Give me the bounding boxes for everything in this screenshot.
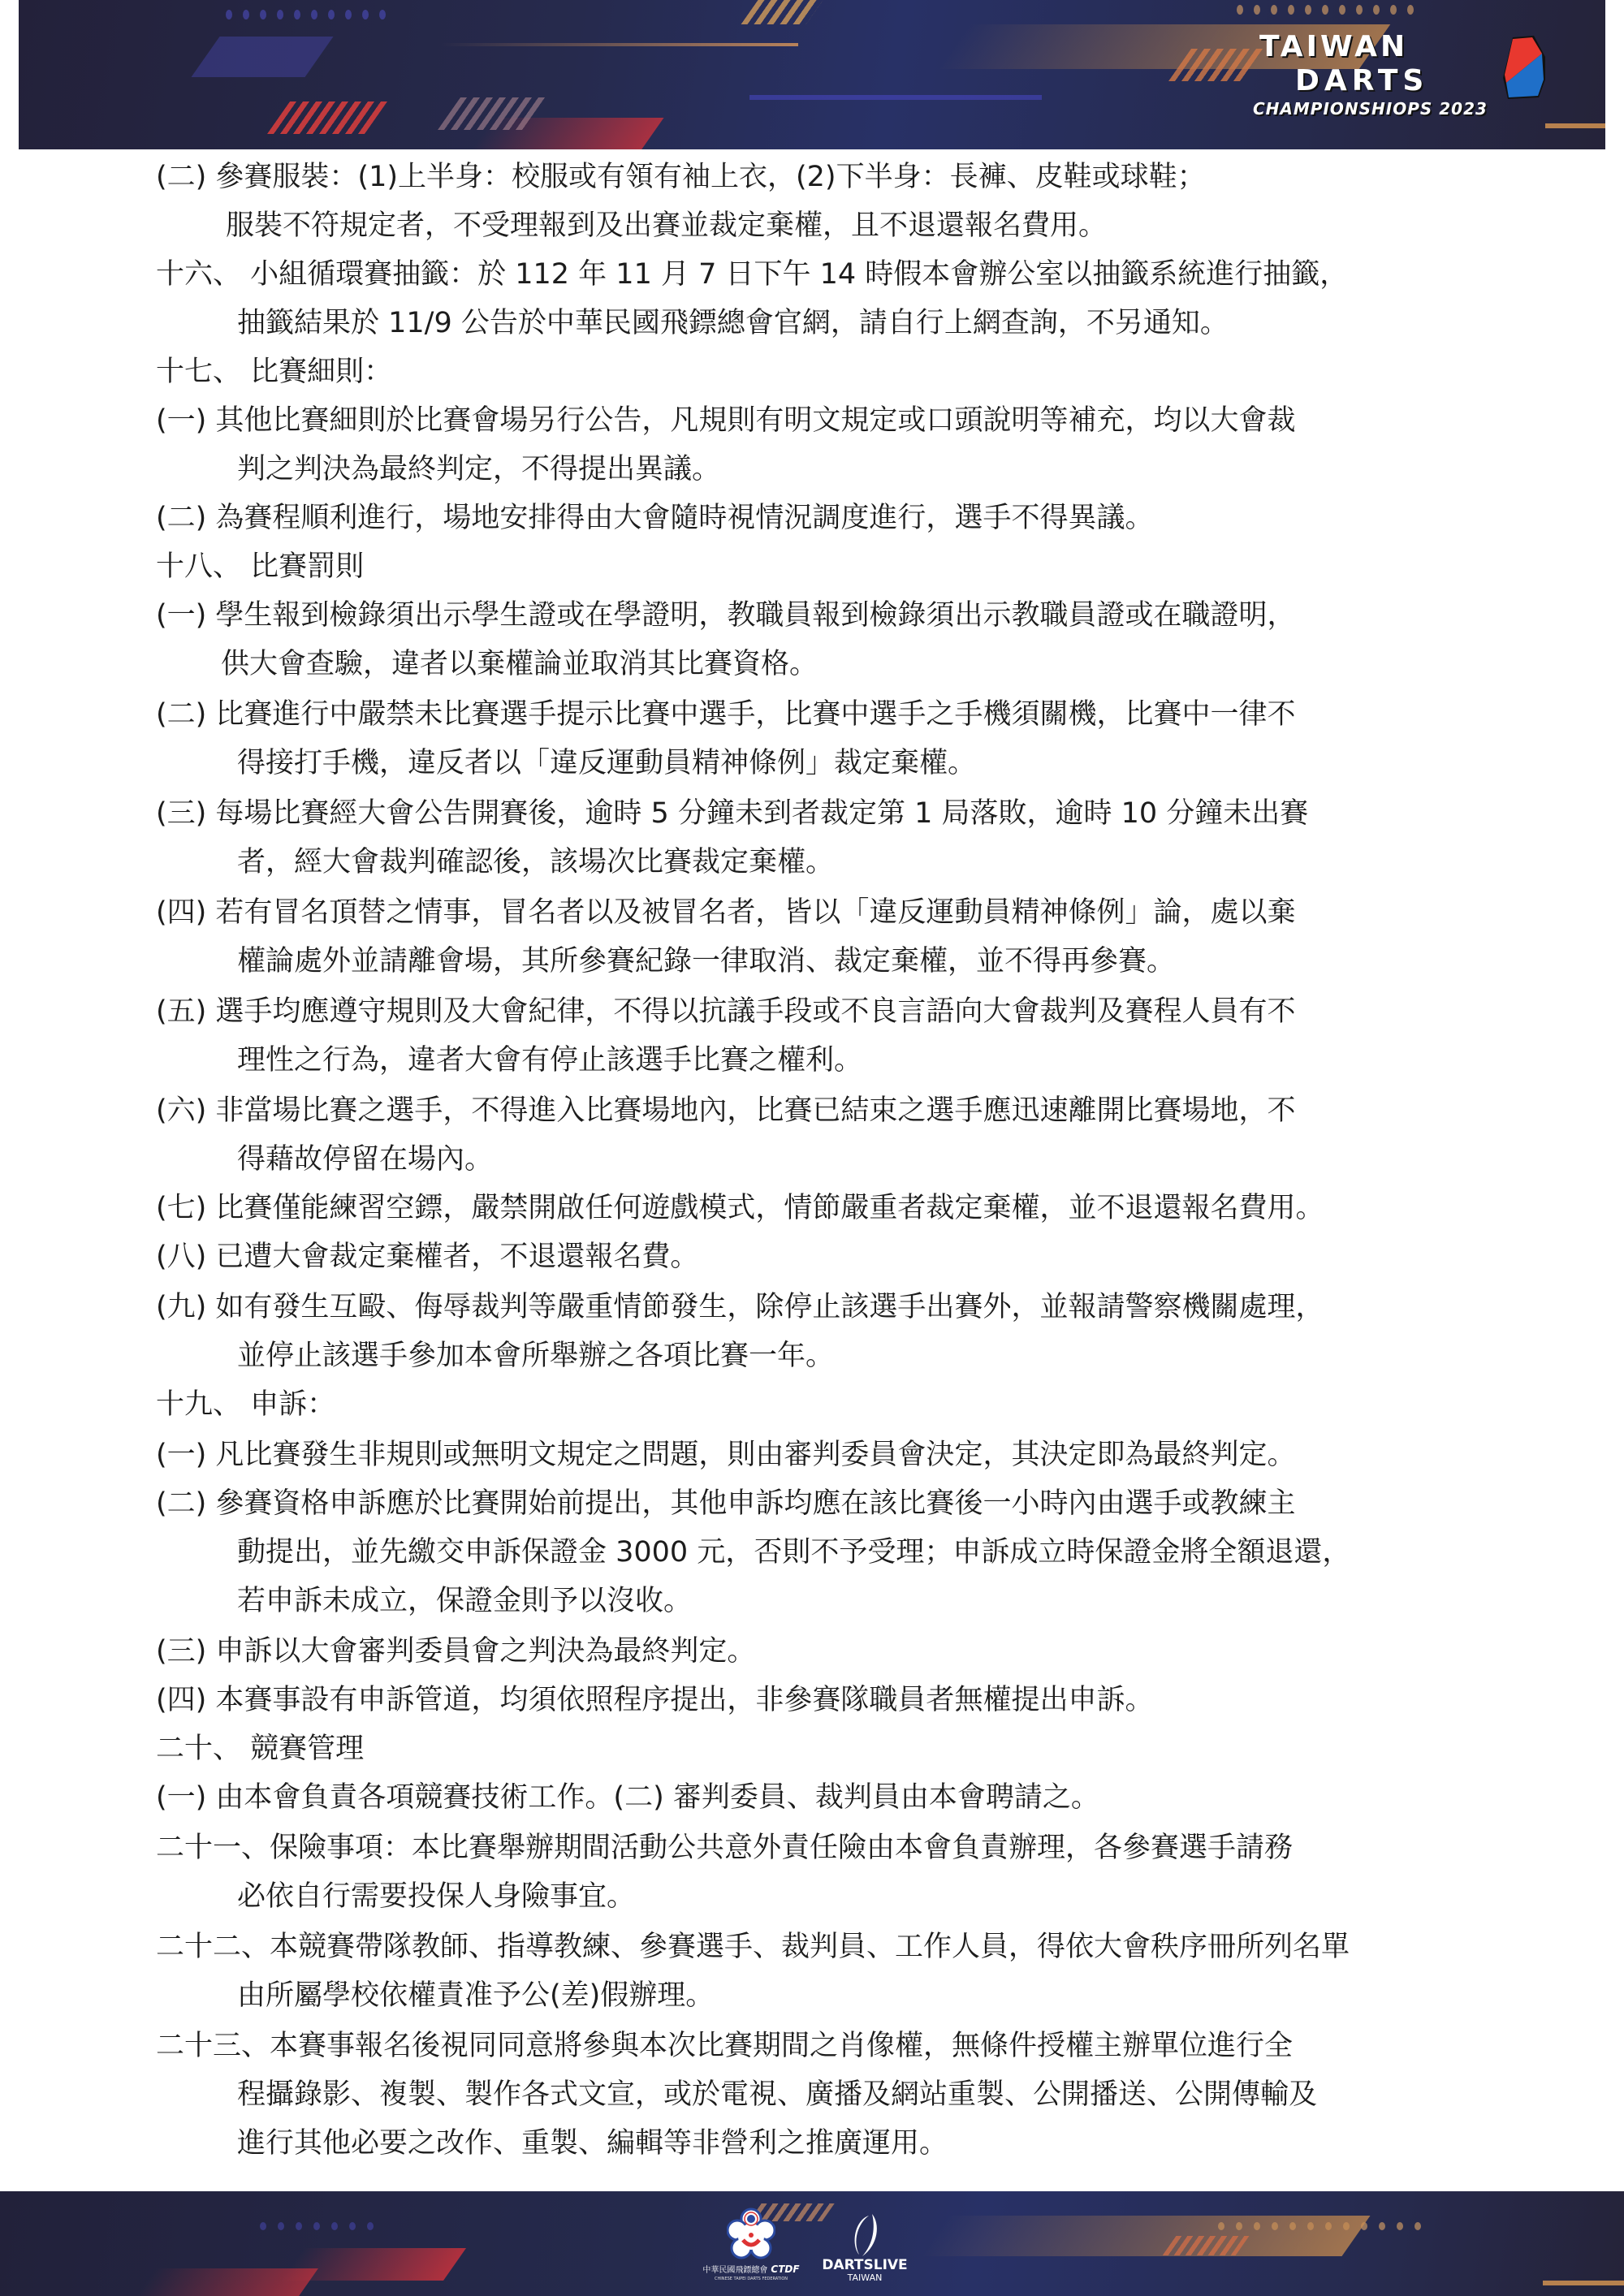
championship-logo: TAIWAN DARTS CHAMPIONSHIOPS 2023 bbox=[1259, 31, 1600, 128]
section-heading: 十九、 申訴： bbox=[156, 1387, 335, 1422]
doc-line: (八) 已遭大會裁定棄權者，不退還報名費。 bbox=[156, 1239, 698, 1275]
doc-line: (五) 選手均應遵守規則及大會紀律，不得以抗議手段或不良言語向大會裁判及賽程人員… bbox=[156, 994, 1295, 1029]
ctdf-name-zh: 中華民國飛鏢總會 bbox=[702, 2266, 767, 2275]
doc-line: 動提出，並先繳交申訴保證金 3000 元，否則不予受理；申訴成立時保證金將全額退… bbox=[237, 1534, 1350, 1570]
doc-line: 得藉故停留在場內。 bbox=[237, 1142, 493, 1177]
doc-line: (二) 比賽進行中嚴禁未比賽選手提示比賽中選手，比賽中選手之手機須關機，比賽中一… bbox=[156, 697, 1295, 732]
section-heading: 十八、 比賽罰則 bbox=[156, 549, 364, 585]
doc-line: (六) 非當場比賽之選手，不得進入比賽場地內，比賽已結束之選手應迅速離開比賽場地… bbox=[156, 1093, 1295, 1129]
doc-line: 者，經大會裁判確認後，該場次比賽裁定棄權。 bbox=[237, 844, 834, 880]
decorative-line bbox=[441, 43, 798, 46]
doc-line: (一) 由本會負責各項競賽技術工作。(二) 審判委員、裁判員由本會聘請之。 bbox=[156, 1780, 1099, 1815]
doc-line: (九) 如有發生互毆、侮辱裁判等嚴重情節發生，除停止該選手出賽外，並報請警察機關… bbox=[156, 1289, 1324, 1325]
doc-line: (一) 其他比賽細則於比賽會場另行公告，凡規則有明文規定或口頭說明等補充，均以大… bbox=[156, 403, 1295, 438]
doc-line: 抽籤結果於 11/9 公告於中華民國飛鏢總會官網，請自行上網查詢，不另通知。 bbox=[237, 305, 1229, 341]
doc-line: (一) 凡比賽發生非規則或無明文規定之問題，則由審判委員會決定，其決定即為最終判… bbox=[156, 1437, 1295, 1473]
doc-line: (二) 參賽服裝：(1)上半身：校服或有領有袖上衣，(2)下半身：長褲、皮鞋或球… bbox=[156, 159, 1206, 195]
dartslive-name: DARTSLIVE bbox=[820, 2258, 909, 2272]
doc-line: (三) 每場比賽經大會公告開賽後，逾時 5 分鐘未到者裁定第 1 局落敗，逾時 … bbox=[156, 796, 1308, 831]
decorative-dots bbox=[1237, 5, 1414, 15]
doc-line: 理性之行為，違者大會有停止該選手比賽之權利。 bbox=[237, 1042, 862, 1078]
doc-line: 若申訴未成立，保證金則予以沒收。 bbox=[237, 1583, 692, 1619]
decorative-dots bbox=[260, 2222, 374, 2230]
ctdf-name-en: CHINESE TAIPEI DARTS FEDERATION bbox=[698, 2276, 804, 2282]
ctdf-logo: 中華民國飛鏢總會CTDF CHINESE TAIPEI DARTS FEDERA… bbox=[698, 2208, 804, 2293]
decorative-stripes bbox=[267, 101, 387, 134]
dartslive-region: TAIWAN bbox=[820, 2272, 909, 2283]
footer-banner: 中華民國飛鏢總會CTDF CHINESE TAIPEI DARTS FEDERA… bbox=[0, 2191, 1624, 2296]
section-heading: 十六、 小組循環賽抽籤：於 112 年 11 月 7 日下午 14 時假本會辦公… bbox=[156, 257, 1348, 292]
doc-line: (一) 學生報到檢錄須出示學生證或在學證明，教職員報到檢錄須出示教職員證或在職證… bbox=[156, 598, 1295, 633]
doc-line: (四) 本賽事設有申訴管道，均須依照程序提出，非參賽隊職員者無權提出申訴。 bbox=[156, 1682, 1153, 1718]
doc-line: 並停止該選手參加本會所舉辦之各項比賽一年。 bbox=[237, 1338, 834, 1374]
logo-line-taiwan: TAIWAN bbox=[1259, 32, 1408, 62]
section-heading: 二十、 競賽管理 bbox=[156, 1731, 364, 1767]
ctdf-abbr: CTDF bbox=[771, 2264, 799, 2275]
decorative-shape bbox=[136, 2268, 318, 2296]
logo-line-championships: CHAMPIONSHIOPS 2023 bbox=[1253, 101, 1488, 117]
decorative-shape bbox=[919, 2216, 1370, 2256]
doc-line: 進行其他必要之改作、重製、編輯等非營利之推廣運用。 bbox=[237, 2126, 948, 2161]
section-heading: 十七、 比賽細則： bbox=[156, 354, 392, 390]
section-heading: 二十一、保險事項：本比賽舉辦期間活動公共意外責任險由本會負責辦理，各參賽選手請務 bbox=[156, 1830, 1293, 1866]
doc-line: 由所屬學校依權責准予公(差)假辦理。 bbox=[237, 1978, 714, 2013]
doc-line: (四) 若有冒名頂替之情事，冒名者以及被冒名者，皆以「違反運動員精神條例」論，處… bbox=[156, 895, 1295, 930]
section-heading: 二十二、本競賽帶隊教師、指導教練、參賽選手、裁判員、工作人員，得依大會秩序冊所列… bbox=[156, 1929, 1350, 1965]
decorative-dots bbox=[226, 10, 386, 19]
doc-line: 得接打手機，違反者以「違反運動員精神條例」裁定棄權。 bbox=[237, 745, 976, 781]
header-banner: TAIWAN DARTS CHAMPIONSHIOPS 2023 bbox=[19, 0, 1605, 149]
dartslive-logo: DARTSLIVE TAIWAN bbox=[820, 2212, 909, 2294]
decorative-stripes bbox=[1163, 2236, 1250, 2255]
doc-line: 程攝錄影、複製、製作各式文宣，或於電視、廣播及網站重製、公開播送、公開傳輸及 bbox=[237, 2077, 1317, 2113]
doc-line: (七) 比賽僅能練習空鏢，嚴禁開啟任何遊戲模式，情節嚴重者裁定棄權，並不退還報名… bbox=[156, 1190, 1324, 1226]
doc-line: (二) 為賽程順利進行，場地安排得由大會隨時視情況調度進行，選手不得異議。 bbox=[156, 500, 1153, 536]
doc-line: 必依自行需要投保人身險事宜。 bbox=[237, 1879, 635, 1914]
plum-blossom-emblem-icon bbox=[727, 2208, 775, 2263]
dartslive-mark-icon bbox=[844, 2212, 885, 2258]
section-heading: 二十三、本賽事報名後視同同意將參與本次比賽期間之肖像權，無條件授權主辦單位進行全 bbox=[156, 2028, 1293, 2064]
doc-line: 權論處外並請離會場，其所參賽紀錄一律取消、裁定棄權，並不得再參賽。 bbox=[237, 943, 1175, 979]
doc-line: (三) 申訴以大會審判委員會之判決為最終判定。 bbox=[156, 1634, 755, 1669]
doc-line: 判之判決為最終判定，不得提出異議。 bbox=[237, 451, 720, 487]
dart-flight-icon bbox=[1501, 34, 1547, 101]
logo-line-darts: DARTS bbox=[1295, 67, 1428, 96]
decorative-stripes bbox=[741, 0, 823, 24]
doc-line: 服裝不符規定者，不受理報到及出賽並裁定棄權，且不退還報名費用。 bbox=[226, 208, 1107, 244]
doc-line: 供大會查驗，違者以棄權論並取消其比賽資格。 bbox=[221, 646, 818, 682]
decorative-shape bbox=[191, 37, 333, 77]
decorative-line bbox=[1543, 2281, 1624, 2285]
decorative-line bbox=[749, 95, 1042, 100]
doc-line: (二) 參賽資格申訴應於比賽開始前提出，其他申訴均應在該比賽後一小時內由選手或教… bbox=[156, 1486, 1295, 1521]
